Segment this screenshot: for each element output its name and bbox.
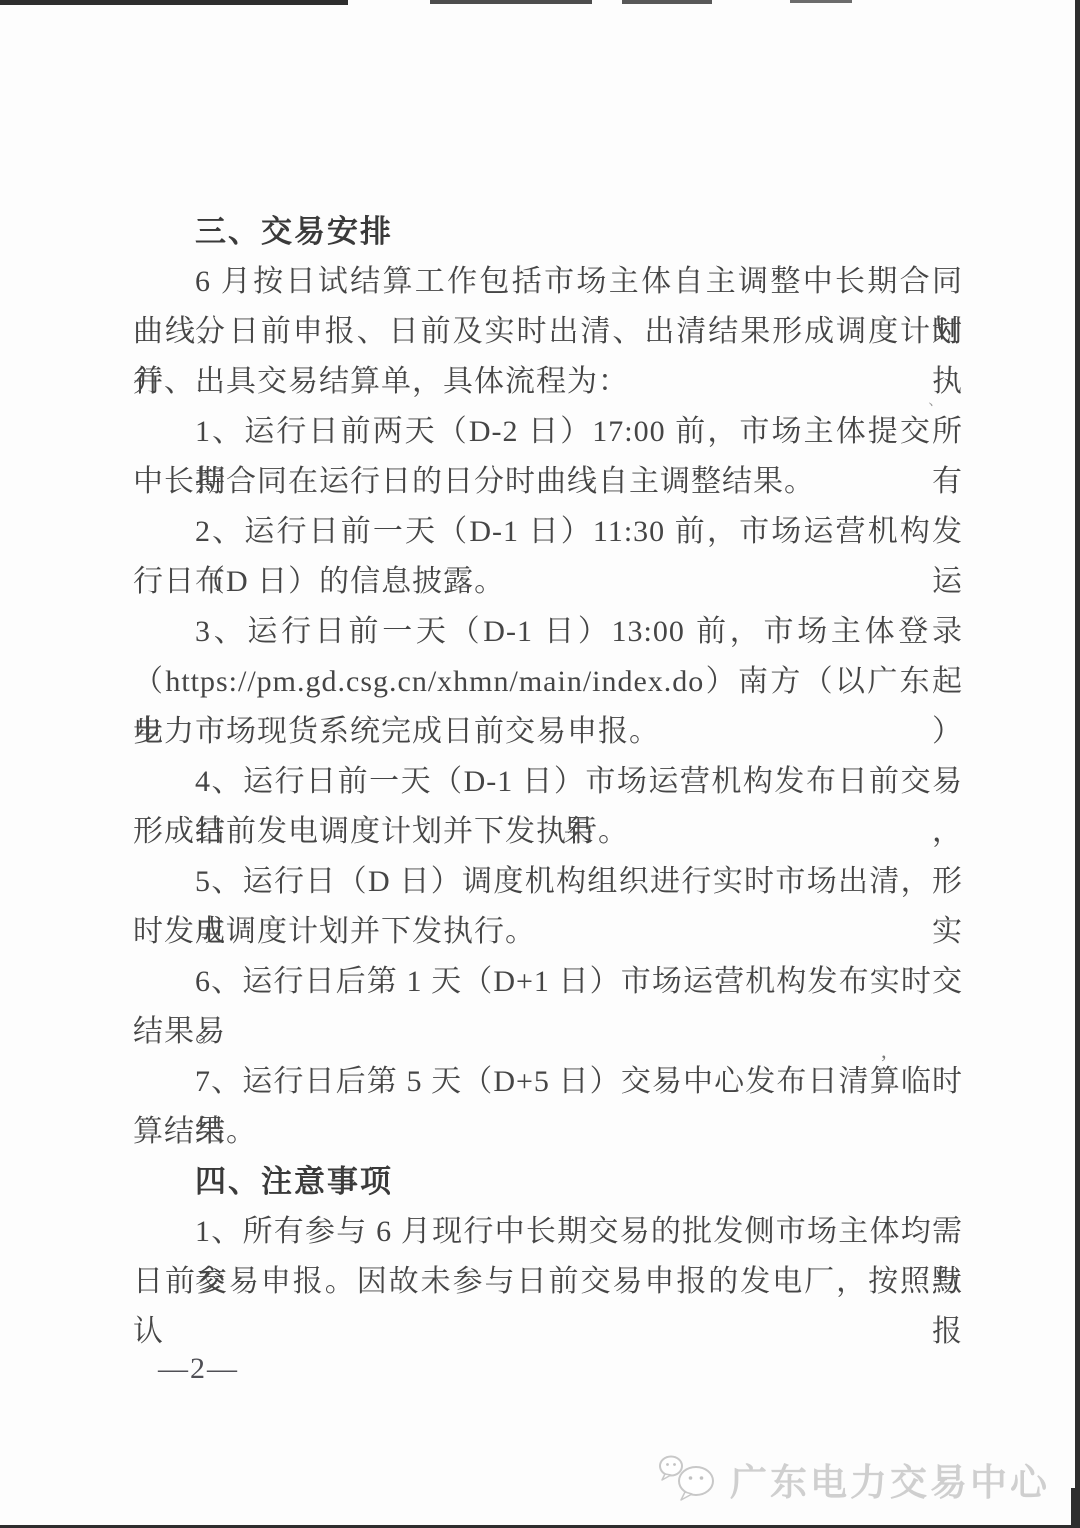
watermark-text: 广东电力交易中心 bbox=[730, 1452, 1050, 1506]
scan-speck: ﹑ bbox=[922, 388, 940, 410]
text-line: 3、运行日前一天（D-1 日）13:00 前，市场主体登录 bbox=[133, 607, 963, 657]
scan-edge-corner bbox=[1071, 1488, 1080, 1528]
scan-edge-top bbox=[790, 0, 852, 3]
section-heading-trading: 三、交易安排 bbox=[133, 207, 963, 257]
text-line: 5、运行日（D 日）调度机构组织进行实时市场出清，形成实 bbox=[133, 857, 963, 907]
scan-edge-right bbox=[1075, 0, 1080, 1528]
scan-edge-top bbox=[430, 0, 592, 4]
text-line: 1、所有参与 6 月现行中长期交易的批发侧市场主体均需参与 bbox=[133, 1207, 963, 1257]
text-line: 1、运行日前两天（D-2 日）17:00 前，市场主体提交所持有 bbox=[133, 407, 963, 457]
text-line: 日前交易申报。因故未参与日前交易申报的发电厂，按照默认报 bbox=[133, 1257, 963, 1307]
text-line: 7、运行日后第 5 天（D+5 日）交易中心发布日清算临时结 bbox=[133, 1057, 963, 1107]
scan-edge-top bbox=[622, 0, 712, 4]
footer-watermark: 广东电力交易中心 bbox=[658, 1452, 1050, 1506]
text-line: 结果。 bbox=[133, 1007, 963, 1057]
page-number: —2— bbox=[158, 1352, 239, 1386]
text-line: 算结果。 bbox=[133, 1107, 963, 1157]
scan-speck: ’ bbox=[880, 1052, 887, 1074]
text-line: 曲线、日前申报、日前及实时出清、出清结果形成调度计划并执 bbox=[133, 307, 963, 357]
wechat-icon bbox=[658, 1453, 720, 1505]
section-heading-notes: 四、注意事项 bbox=[133, 1157, 963, 1207]
scanned-document-page: 三、交易安排 6 月按日试结算工作包括市场主体自主调整中长期合同分时 曲线、日前… bbox=[0, 0, 1080, 1528]
text-line-url: （https://pm.gd.csg.cn/xhmn/main/index.do… bbox=[133, 657, 963, 707]
text-line: 6、运行日后第 1 天（D+1 日）市场运营机构发布实时交易 bbox=[133, 957, 963, 1007]
scan-edge-top bbox=[0, 0, 348, 5]
text-line: 6 月按日试结算工作包括市场主体自主调整中长期合同分时 bbox=[133, 257, 963, 307]
text-line: 4、运行日前一天（D-1 日）市场运营机构发布日前交易结果， bbox=[133, 757, 963, 807]
document-body: 三、交易安排 6 月按日试结算工作包括市场主体自主调整中长期合同分时 曲线、日前… bbox=[133, 207, 963, 1307]
text-line: 2、运行日前一天（D-1 日）11:30 前，市场运营机构发布运 bbox=[133, 507, 963, 557]
